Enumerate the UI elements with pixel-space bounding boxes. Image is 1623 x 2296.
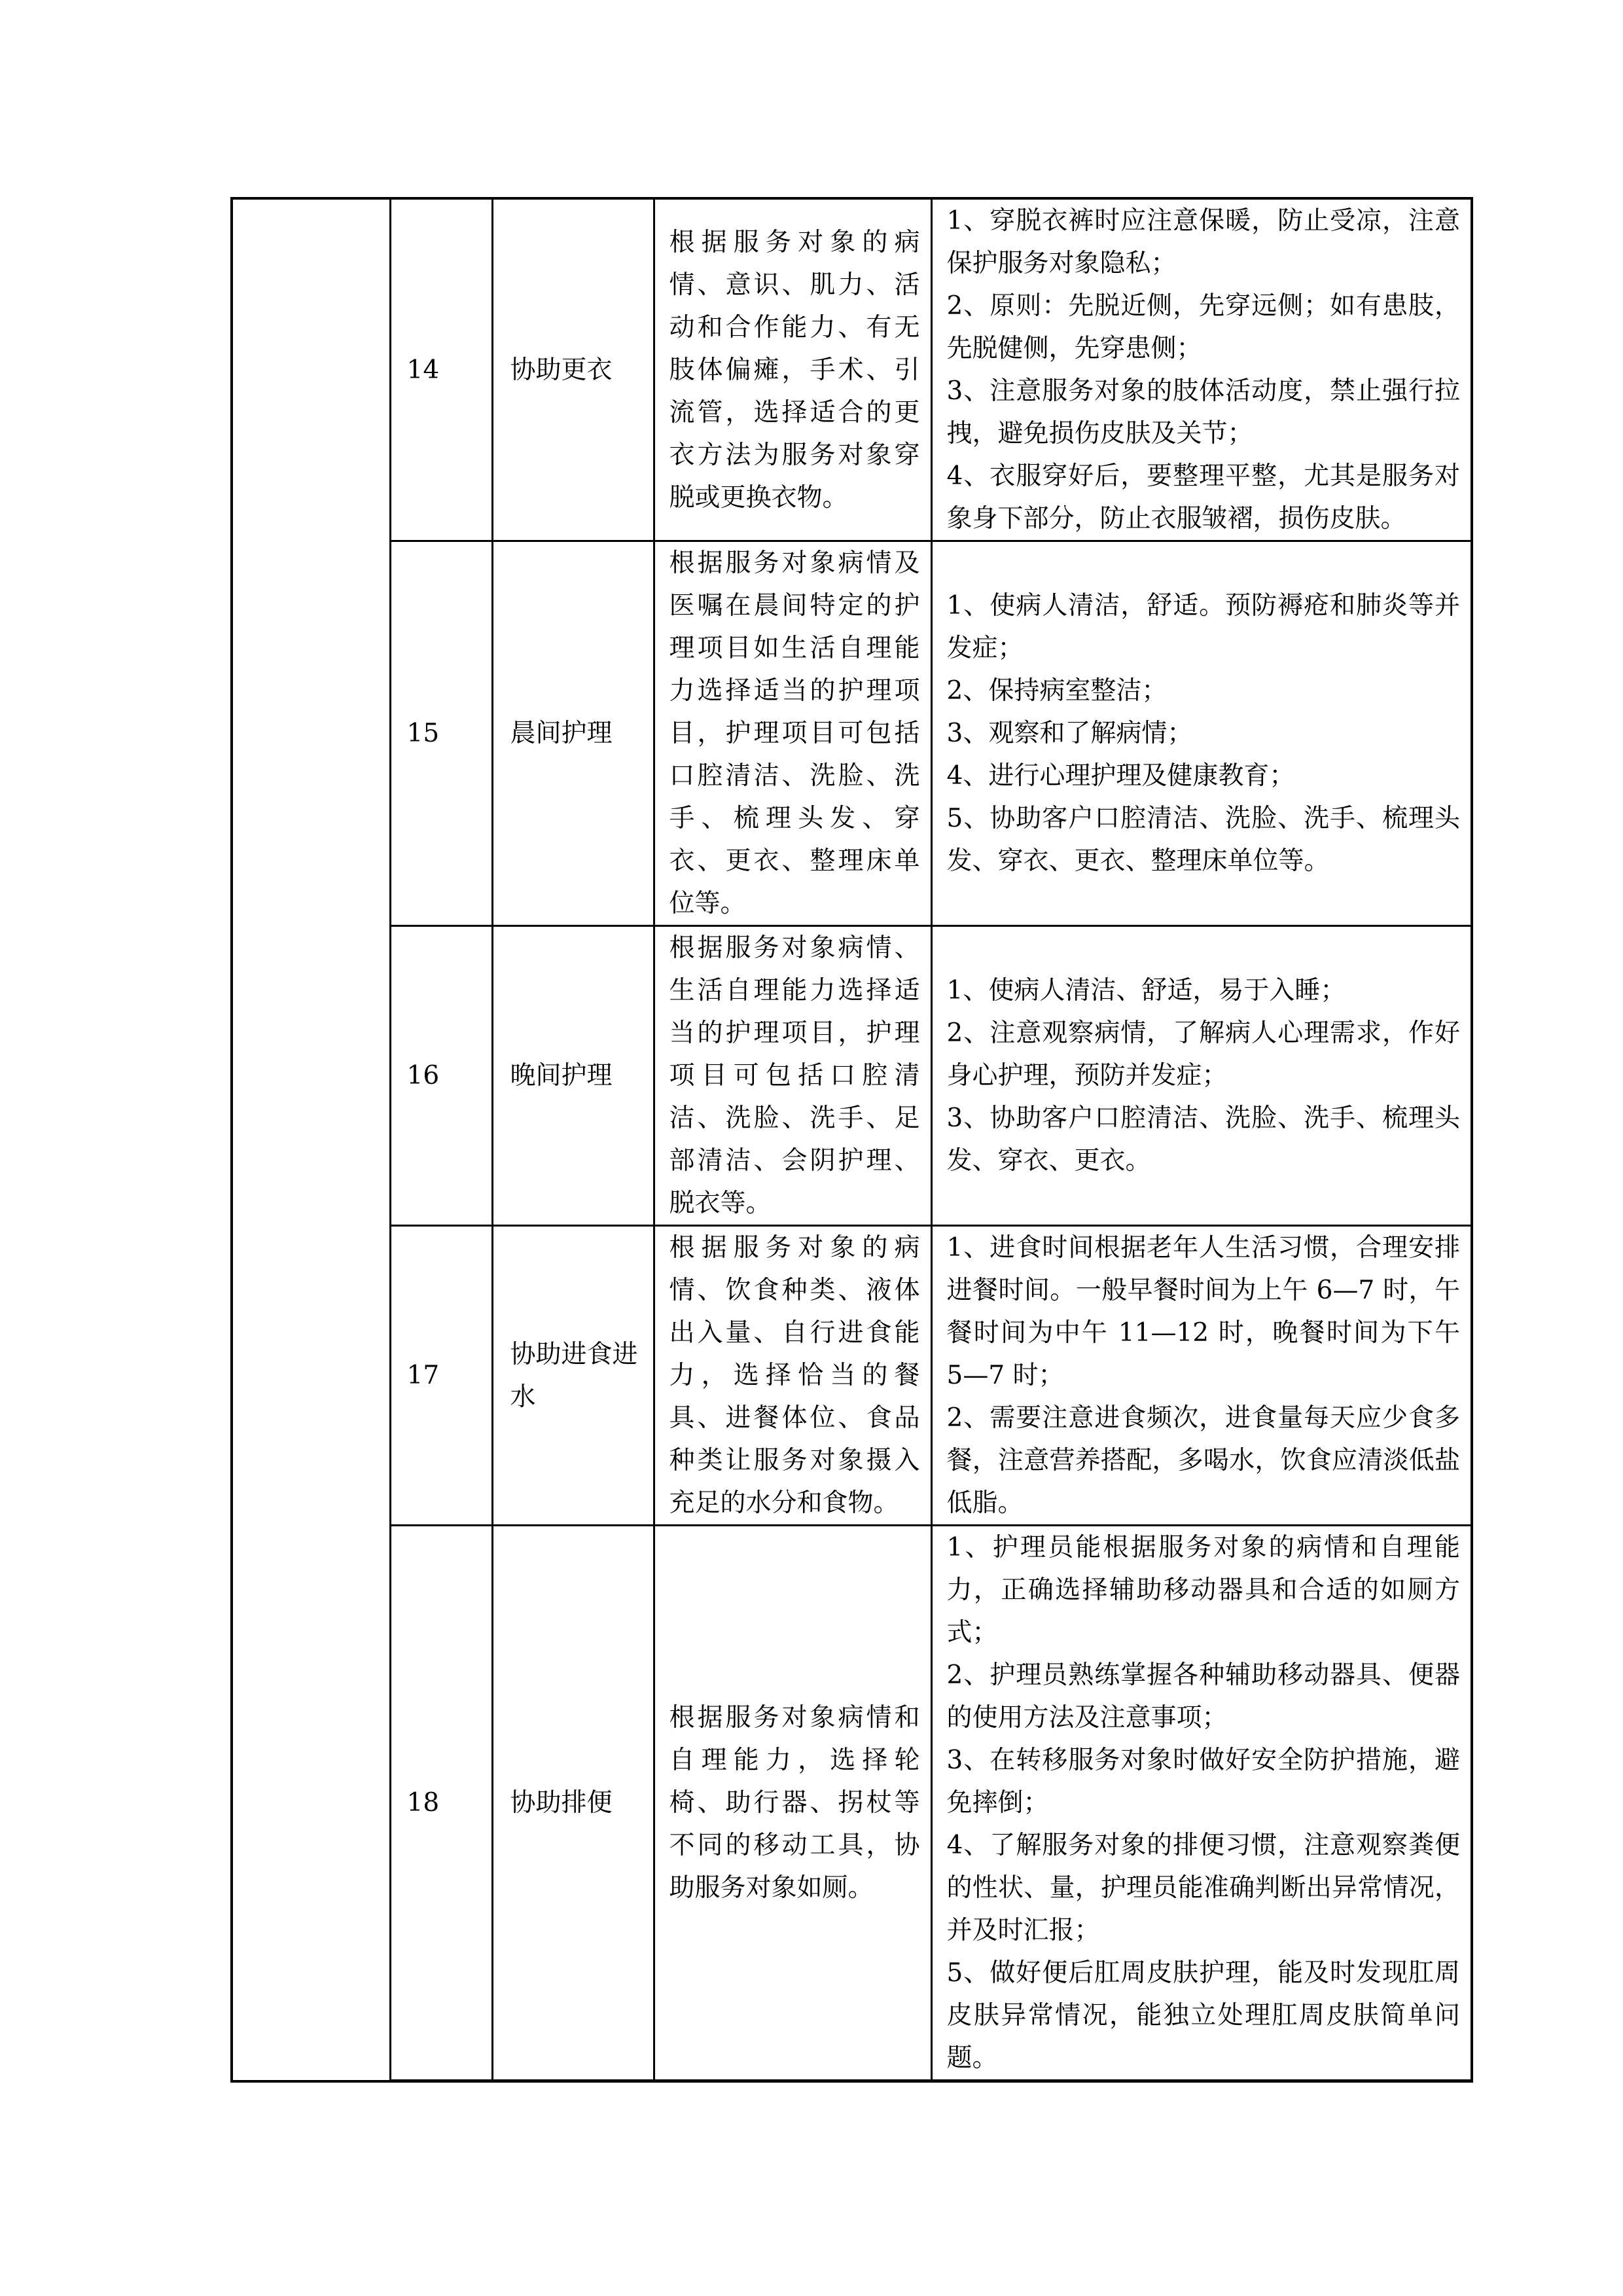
item-name: 协助进食进水 [492,1226,654,1526]
item-name: 晨间护理 [492,541,654,926]
item-number: 17 [390,1226,492,1526]
table-row: 17 协助进食进水 根据服务对象的病情、饮食种类、液体出入量、自行进食能力，选择… [232,1226,1472,1526]
table-row: 16 晚间护理 根据服务对象病情、生活自理能力选择适当的护理项目，护理项目可包括… [232,926,1472,1226]
item-description: 根据服务对象病情及医嘱在晨间特定的护理项目如生活自理能力选择适当的护理项目，护理… [654,541,931,926]
item-number: 18 [390,1526,492,2081]
requirement-line: 2、需要注意进食频次，进食量每天应少食多餐，注意营养搭配，多喝水，饮食应清淡低盐… [947,1397,1461,1524]
item-number: 14 [390,198,492,541]
item-description: 根据服务对象病情和自理能力，选择轮椅、助行器、拐杖等不同的移动工具，协助服务对象… [654,1526,931,2081]
requirement-line: 1、使病人清洁、舒适，易于入睡； [947,969,1461,1012]
requirement-line: 2、原则：先脱近侧，先穿远侧；如有患肢，先脱健侧，先穿患侧； [947,285,1461,370]
document-page: 14 协助更衣 根据服务对象的病情、意识、肌力、活动和合作能力、有无肢体偏瘫，手… [0,0,1623,2296]
requirement-line: 3、在转移服务对象时做好安全防护措施，避免摔倒； [947,1739,1461,1824]
item-requirements: 1、使病人清洁，舒适。预防褥疮和肺炎等并发症； 2、保持病室整洁； 3、观察和了… [931,541,1472,926]
requirement-line: 1、护理员能根据服务对象的病情和自理能力，正确选择辅助移动器具和合适的如厕方式； [947,1526,1461,1654]
item-description: 根据服务对象的病情、饮食种类、液体出入量、自行进食能力，选择恰当的餐具、进餐体位… [654,1226,931,1526]
requirement-line: 2、保持病室整洁； [947,670,1461,712]
item-requirements: 1、护理员能根据服务对象的病情和自理能力，正确选择辅助移动器具和合适的如厕方式；… [931,1526,1472,2081]
table-row: 18 协助排便 根据服务对象病情和自理能力，选择轮椅、助行器、拐杖等不同的移动工… [232,1526,1472,2081]
requirement-line: 3、协助客户口腔清洁、洗脸、洗手、梳理头发、穿衣、更衣。 [947,1097,1461,1182]
item-name: 协助更衣 [492,198,654,541]
item-name: 协助排便 [492,1526,654,2081]
requirement-line: 5、做好便后肛周皮肤护理，能及时发现肛周皮肤异常情况，能独立处理肛周皮肤简单问题… [947,1952,1461,2079]
table-row: 14 协助更衣 根据服务对象的病情、意识、肌力、活动和合作能力、有无肢体偏瘫，手… [232,198,1472,541]
item-requirements: 1、穿脱衣裤时应注意保暖，防止受凉，注意保护服务对象隐私； 2、原则：先脱近侧，… [931,198,1472,541]
requirement-line: 1、穿脱衣裤时应注意保暖，防止受凉，注意保护服务对象隐私； [947,200,1461,285]
requirement-line: 2、护理员熟练掌握各种辅助移动器具、便器的使用方法及注意事项； [947,1654,1461,1739]
requirement-line: 4、了解服务对象的排便习惯，注意观察粪便的性状、量，护理员能准确判断出异常情况，… [947,1824,1461,1952]
item-name: 晚间护理 [492,926,654,1226]
requirement-line: 2、注意观察病情，了解病人心理需求，作好身心护理，预防并发症； [947,1012,1461,1097]
item-number: 16 [390,926,492,1226]
requirement-line: 5、协助客户口腔清洁、洗脸、洗手、梳理头发、穿衣、更衣、整理床单位等。 [947,797,1461,882]
item-description: 根据服务对象病情、生活自理能力选择适当的护理项目，护理项目可包括口腔清洁、洗脸、… [654,926,931,1226]
requirement-line: 3、观察和了解病情； [947,712,1461,755]
item-requirements: 1、使病人清洁、舒适，易于入睡； 2、注意观察病情，了解病人心理需求，作好身心护… [931,926,1472,1226]
requirement-line: 4、衣服穿好后，要整理平整，尤其是服务对象身下部分，防止衣服皱褶，损伤皮肤。 [947,455,1461,540]
requirement-line: 1、使病人清洁，舒适。预防褥疮和肺炎等并发症； [947,584,1461,670]
table-row: 15 晨间护理 根据服务对象病情及医嘱在晨间特定的护理项目如生活自理能力选择适当… [232,541,1472,926]
category-cell-empty [232,198,390,2081]
requirement-line: 4、进行心理护理及健康教育； [947,755,1461,797]
care-service-table: 14 协助更衣 根据服务对象的病情、意识、肌力、活动和合作能力、有无肢体偏瘫，手… [230,197,1473,2083]
item-requirements: 1、进食时间根据老年人生活习惯，合理安排进餐时间。一般早餐时间为上午 6—7 时… [931,1226,1472,1526]
requirement-line: 1、进食时间根据老年人生活习惯，合理安排进餐时间。一般早餐时间为上午 6—7 时… [947,1227,1461,1397]
item-number: 15 [390,541,492,926]
requirement-line: 3、注意服务对象的肢体活动度，禁止强行拉拽，避免损伤皮肤及关节； [947,370,1461,455]
item-description: 根据服务对象的病情、意识、肌力、活动和合作能力、有无肢体偏瘫，手术、引流管，选择… [654,198,931,541]
